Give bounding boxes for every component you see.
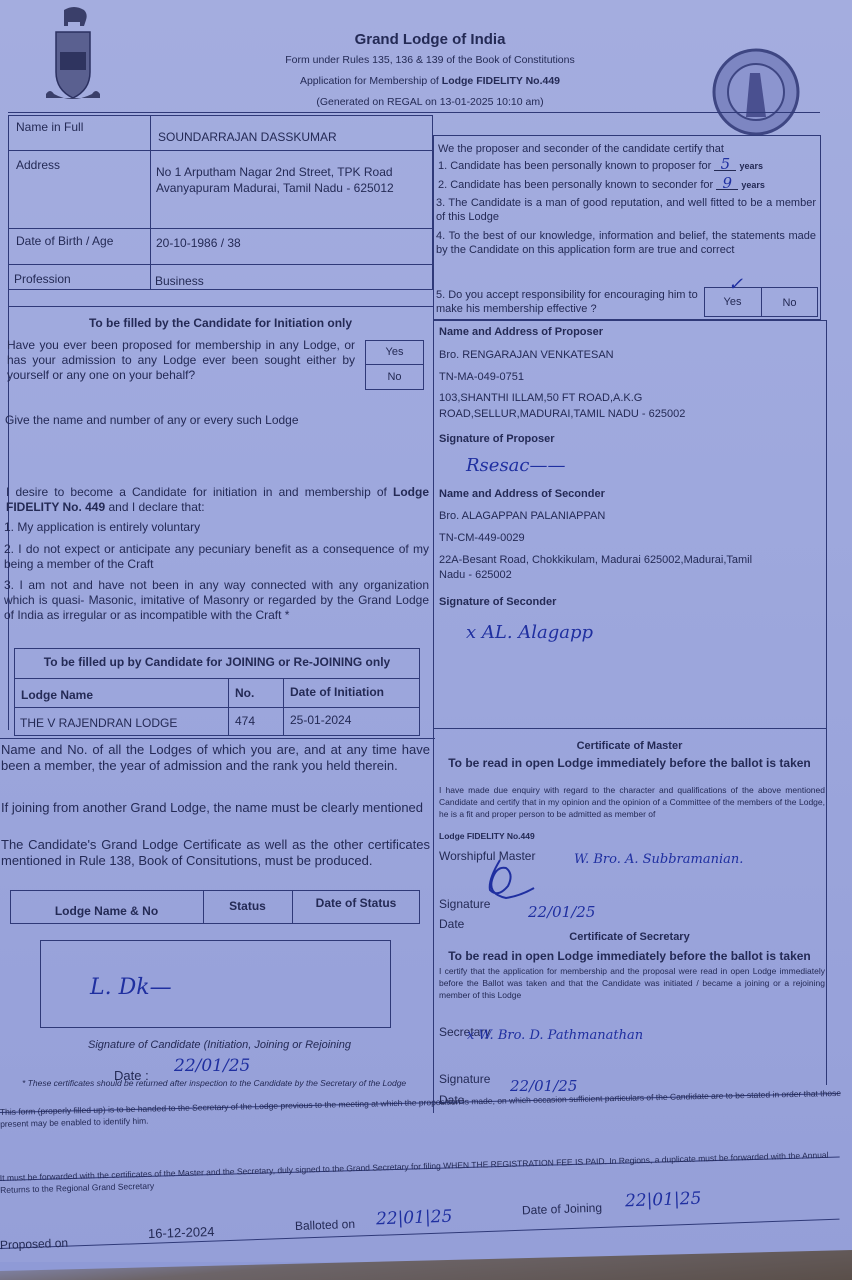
joining-col-lodge: Lodge Name <box>21 688 93 703</box>
responsibility-no[interactable]: No <box>761 296 818 310</box>
declaration-item-2: 2. I do not expect or anticipate any pec… <box>4 542 429 572</box>
master-cert-body: I have made due enquiry with regard to t… <box>439 784 825 820</box>
certificates-footnote: * These certificates should be returned … <box>22 1077 412 1089</box>
master-signature-label: Signature <box>439 897 490 912</box>
address-line2: Avanyapuram Madurai, Tamil Nadu - 625012 <box>156 181 394 195</box>
proposer-title: Name and Address of Proposer <box>439 325 603 339</box>
cert-item-2-text: 2. Candidate has been personally known t… <box>438 179 713 191</box>
proposed-on-date: 16-12-2024 <box>148 1224 215 1242</box>
application-lodge: Lodge FIDELITY No.449 <box>442 75 560 87</box>
history-col-lodge: Lodge Name & No <box>10 904 203 919</box>
seconder-signature-label: Signature of Seconder <box>439 595 556 609</box>
check-mark-icon: ✓ <box>728 274 743 295</box>
profession-value: Business <box>155 274 204 288</box>
proposer-name: Bro. RENGARAJAN VENKATESAN <box>439 348 614 362</box>
secretary-signature-label: Signature <box>439 1072 490 1087</box>
give-lodge-name-prompt: Give the name and number of any or every… <box>5 413 299 428</box>
form-rules-line: Form under Rules 135, 136 & 139 of the B… <box>240 54 620 66</box>
cert-item-2: 2. Candidate has been personally known t… <box>438 177 816 192</box>
declaration-intro: I desire to become a Candidate for initi… <box>6 485 429 515</box>
initiation-no[interactable]: No <box>365 370 424 384</box>
cert-item-3: 3. The Candidate is a man of good reputa… <box>436 196 816 224</box>
lodges-history-p3: The Candidate's Grand Lodge Certificate … <box>1 837 430 869</box>
joining-initiation-date: 25-01-2024 <box>290 713 351 728</box>
joining-col-date: Date of Initiation <box>290 685 384 700</box>
seconder-title: Name and Address of Seconder <box>439 487 605 501</box>
declaration-suffix: and I declare that: <box>105 500 204 514</box>
application-title: Application for Membership of Lodge FIDE… <box>240 75 620 87</box>
seconder-address-line1: 22A-Besant Road, Chokkikulam, Madurai 62… <box>439 553 752 567</box>
declaration-item-1: 1. My application is entirely voluntary <box>4 520 429 535</box>
seconder-name: Bro. ALAGAPPAN PALANIAPPAN <box>439 509 605 523</box>
master-cert-lodge: Lodge FIDELITY No.449 <box>439 830 535 842</box>
cert-item-1: 1. Candidate has been personally known t… <box>438 158 816 173</box>
proposer-id: TN-MA-049-0751 <box>439 370 524 384</box>
footer-note-1: This form (properly filled up) is to be … <box>0 1087 845 1130</box>
dob-value: 20-10-1986 / 38 <box>156 236 241 250</box>
master-cert-title: Certificate of Master <box>433 739 826 753</box>
generated-line: (Generated on REGAL on 13-01-2025 10:10 … <box>240 96 620 108</box>
date-of-joining: 22|01|25 <box>625 1189 702 1212</box>
application-form-paper: Grand Lodge of India Form under Rules 13… <box>0 0 852 1262</box>
lodges-history-p2: If joining from another Grand Lodge, the… <box>1 800 430 816</box>
declaration-intro-text: I desire to become a Candidate for initi… <box>6 485 393 499</box>
proposer-address-line2: ROAD,SELLUR,MADURAI,TAMIL NADU - 625002 <box>439 407 685 421</box>
lodges-history-p1: Name and No. of all the Lodges of which … <box>1 742 430 774</box>
master-cert-subtitle: To be read in open Lodge immediately bef… <box>433 756 826 771</box>
dob-label: Date of Birth / Age <box>16 234 113 248</box>
profession-label: Profession <box>14 272 71 286</box>
initiation-question: Have you ever been proposed for membersh… <box>7 338 355 383</box>
initiation-title: To be filled by the Candidate for Initia… <box>8 316 433 331</box>
years-label: years <box>741 180 765 190</box>
balloted-on-label: Balloted on <box>295 1217 356 1234</box>
proposer-address-line1: 103,SHANTHI ILLAM,50 FT ROAD,A.K.G <box>439 391 642 405</box>
cert-item-5: 5. Do you accept responsibility for enco… <box>436 288 706 316</box>
name-label: Name in Full <box>16 120 83 134</box>
joining-title: To be filled up by Candidate for JOINING… <box>14 655 420 670</box>
declaration-item-3: 3. I am not and have not been in any way… <box>4 578 429 623</box>
seconder-years-field[interactable]: 9 <box>716 177 738 190</box>
master-date: 22/01/25 <box>528 903 595 921</box>
address-line1: No 1 Arputham Nagar 2nd Street, TPK Road <box>156 165 393 179</box>
history-col-date: Date of Status <box>292 896 420 911</box>
proposed-on-label: Proposed on <box>0 1236 68 1253</box>
lodge-seal-icon <box>708 47 804 137</box>
joining-lodge-no: 474 <box>235 714 255 729</box>
date-of-joining-label: Date of Joining <box>522 1201 603 1219</box>
cert-intro: We the proposer and seconder of the cand… <box>438 142 816 156</box>
candidate-signature: L. Dk— <box>90 975 172 1000</box>
proposer-years-field[interactable]: 5 <box>714 158 736 171</box>
application-prefix: Application for Membership of <box>300 75 442 87</box>
proposer-signature-label: Signature of Proposer <box>439 432 555 446</box>
responsibility-yes[interactable]: Yes <box>704 295 761 309</box>
coat-of-arms-icon <box>42 6 104 110</box>
secretary-cert-subtitle: To be read in open Lodge immediately bef… <box>433 949 826 964</box>
candidate-date: 22/01/25 <box>174 1056 250 1076</box>
cert-item-1-text: 1. Candidate has been personally known t… <box>438 160 711 172</box>
joining-lodge-name: THE V RAJENDRAN LODGE <box>20 716 177 731</box>
secretary-cert-body: I certify that the application for membe… <box>439 965 825 1001</box>
candidate-name: SOUNDARRAJAN DASSKUMAR <box>158 130 337 144</box>
seconder-id: TN-CM-449-0029 <box>439 531 525 545</box>
seconder-address-line2: Nadu - 625002 <box>439 568 512 582</box>
years-label: years <box>739 161 763 171</box>
joining-col-no: No. <box>235 686 254 701</box>
initiation-yes[interactable]: Yes <box>365 345 424 359</box>
footer-note-2: It must be forwarded with the certificat… <box>0 1148 845 1196</box>
address-label: Address <box>16 158 60 172</box>
master-name: W. Bro. A. Subbramanian. <box>574 852 743 867</box>
secretary-name: x W. Bro. D. Pathmanathan <box>467 1028 643 1043</box>
cert-item-4: 4. To the best of our knowledge, informa… <box>436 229 816 257</box>
candidate-signature-label: Signature of Candidate (Initiation, Join… <box>88 1038 351 1052</box>
seconder-signature: x AL. Alagapp <box>466 622 593 643</box>
proposer-signature: Rsesac—— <box>466 455 566 476</box>
history-col-status: Status <box>203 899 292 914</box>
org-title: Grand Lodge of India <box>280 31 580 48</box>
secretary-cert-title: Certificate of Secretary <box>433 930 826 944</box>
balloted-on-date: 22|01|25 <box>376 1207 453 1230</box>
